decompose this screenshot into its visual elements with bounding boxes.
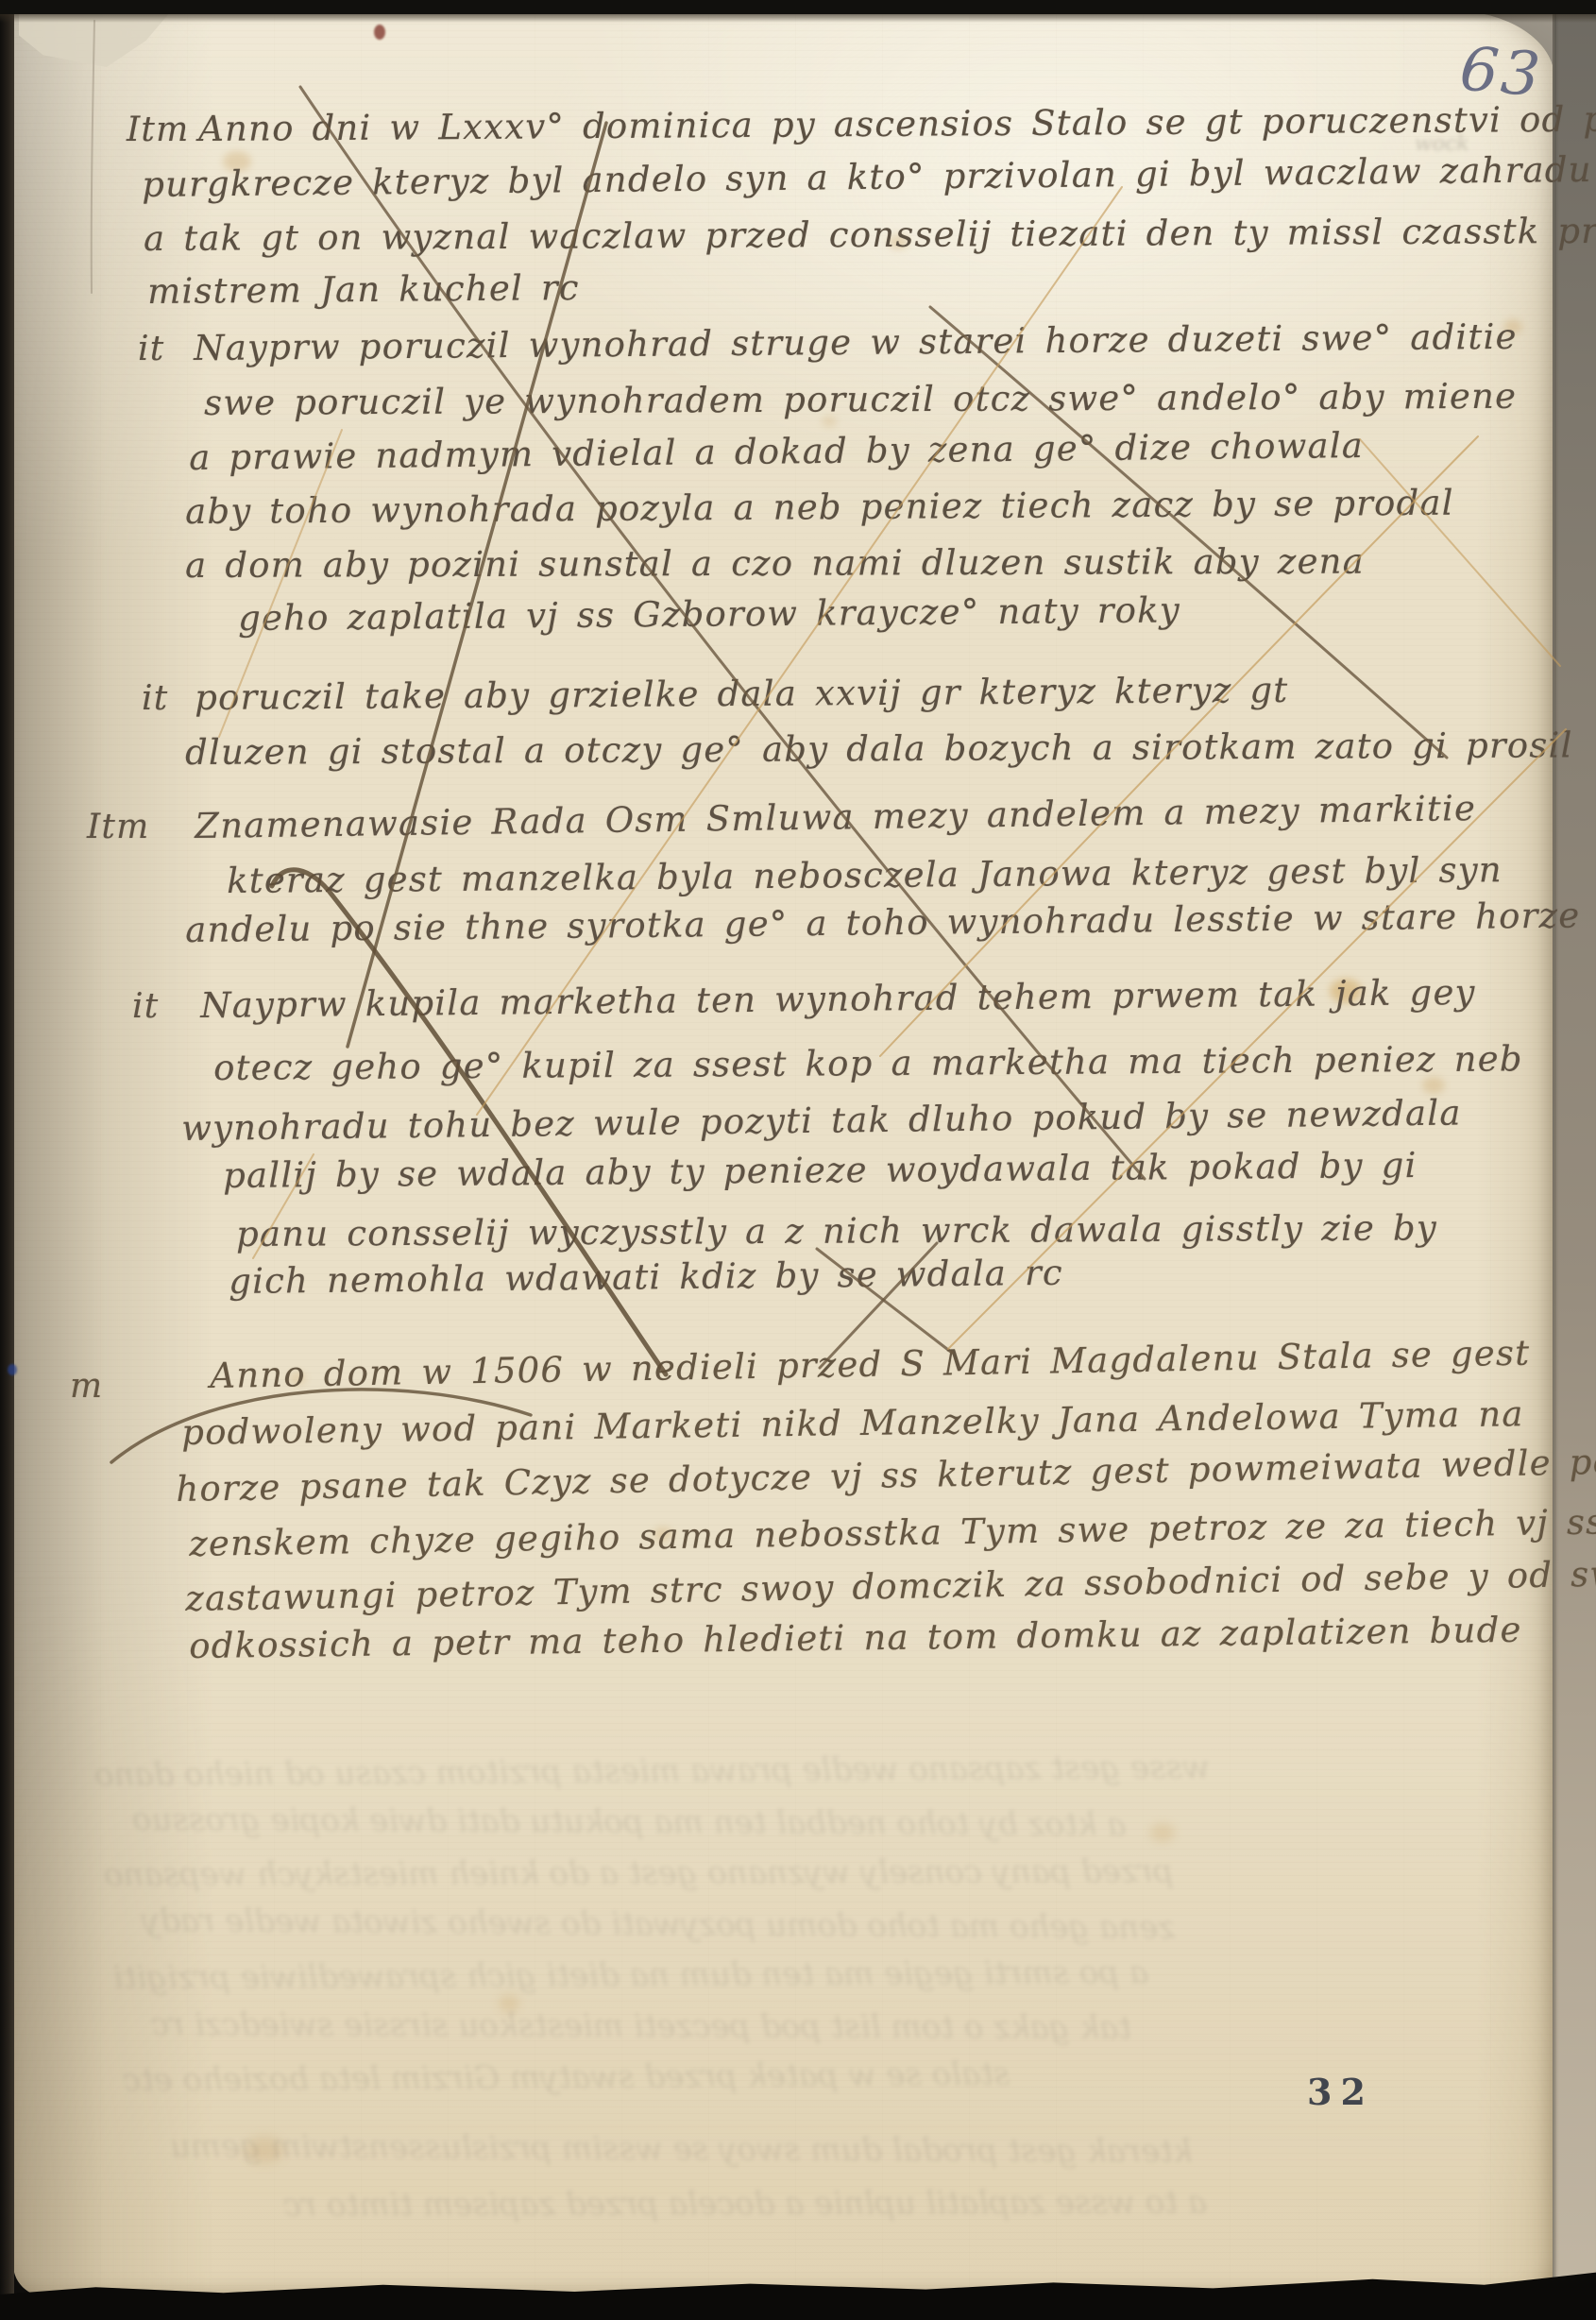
manuscript-line: panu consselij wyczysstly a z nich wrck …	[236, 1210, 1437, 1252]
paragraph-marker: Itm	[127, 113, 189, 147]
manuscript-line: a tak gt on wyznal waczlaw przed conssel…	[144, 213, 1596, 256]
paper-stain	[374, 25, 385, 40]
manuscript-page-scan: wsse gest zapsano wedle prawa miesta prz…	[0, 0, 1596, 2320]
manuscript-line: a dom aby pozini sunstal a czo nami dluz…	[185, 544, 1365, 583]
bleed-through-line: a po smrti gegie ma ten dum na dieti gic…	[113, 1956, 1148, 1994]
paragraph-marker: m	[70, 1370, 103, 1404]
manuscript-line: swe poruczil ye wynohradem poruczil otcz…	[204, 379, 1517, 420]
manuscript-line: Anno dni w Lxxxv° dominica py ascensios …	[198, 101, 1596, 146]
bleed-through-line: tak gakz o tom list pod peczeti miestsko…	[151, 2008, 1131, 2044]
paper-stain	[1150, 1823, 1175, 1842]
bleed-through-line: a to wsse zaplatil uplnie a docela przed…	[283, 2186, 1207, 2221]
bleed-through-line: przed pany consely wyznano gest a do kni…	[104, 1855, 1174, 1891]
manuscript-line: mistrem Jan kuchel rc	[147, 270, 580, 309]
paragraph-marker: it	[138, 333, 164, 367]
bleed-through-line: wsse gest zapsano wedle prawa miesta prz…	[94, 1751, 1210, 1791]
manuscript-line: otecz geho ge° kupil za ssest kop a mark…	[213, 1041, 1523, 1085]
book-edge-top	[0, 0, 1596, 14]
fore-edge-page-stack	[1553, 0, 1596, 2320]
binding-gutter-edge	[0, 0, 14, 2320]
bleed-through-line: kterak gest prodal dum swoy se wssim prz…	[170, 2130, 1193, 2168]
manuscript-line: gich nemohla wdawati kdiz by se wdala rc	[229, 1255, 1063, 1299]
manuscript-line: geho zaplatila vj ss Gzborow kraycze° na…	[238, 592, 1180, 636]
paragraph-marker: it	[142, 682, 168, 716]
manuscript-line: poruczil take aby grzielke dala xxvij gr…	[195, 673, 1289, 715]
manuscript-line: dluzen gi stostal a otczy ge° aby dala b…	[185, 727, 1573, 770]
bleed-through-line: stalo se w patek przed swatym Girzim let…	[123, 2058, 1010, 2097]
paper-stain	[8, 1364, 17, 1375]
folio-number: 63	[1457, 34, 1546, 111]
manuscript-line: aby toho wynohrada pozyla a neb peniez t…	[185, 486, 1454, 529]
bleed-through-line: a ktoz by toho nedbal ten ma pokutu dati…	[132, 1803, 1127, 1841]
manuscript-line: kteraz gest manzelka byla nebosczela Jan…	[227, 852, 1503, 898]
paragraph-marker: Itm	[87, 810, 149, 844]
stamped-page-number: 32	[1307, 2071, 1374, 2113]
manuscript-line: pallij by se wdala aby ty penieze woydaw…	[223, 1148, 1418, 1193]
bleed-through-line: zena geho ma toho domu pozywati do sweho…	[142, 1904, 1175, 1944]
paragraph-marker: it	[132, 990, 159, 1024]
